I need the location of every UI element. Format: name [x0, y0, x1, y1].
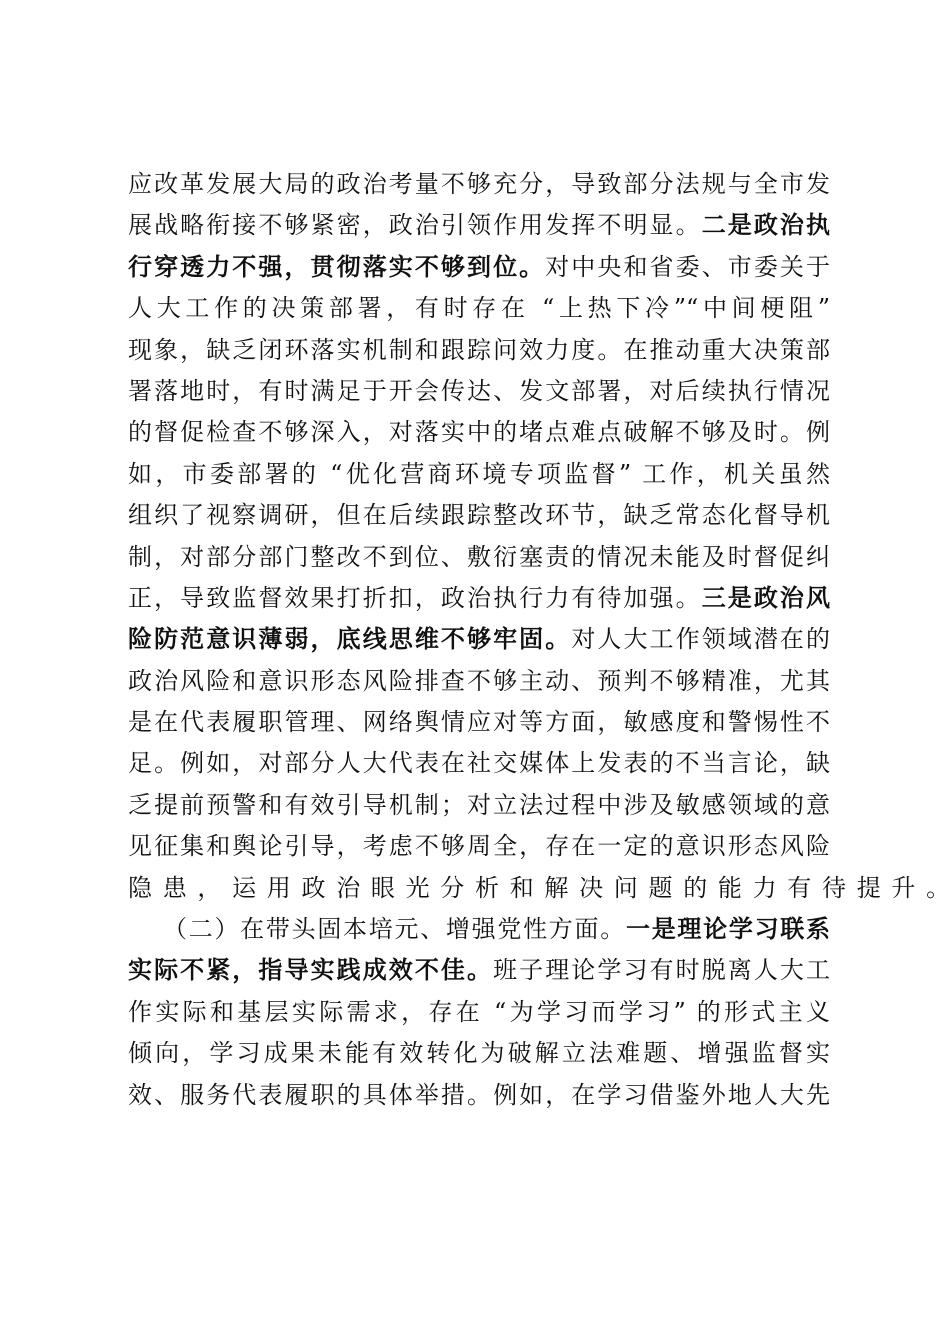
body-text: 展战略衔接不够紧密，政治引领作用发挥不明显。 — [128, 211, 702, 239]
body-text: 应改革发展大局的政治考量不够充分，导致部分法规与全市发 — [128, 170, 830, 198]
body-text: 组织了视察调研，但在后续跟踪整改环节，缺乏常态化督导机 — [128, 501, 830, 529]
text-line: 乏提前预警和有效引导机制；对立法过程中涉及敏感领域的意 — [128, 785, 830, 826]
text-line: 足。例如，对部分人大代表在社交媒体上发表的不当言论，缺 — [128, 743, 830, 784]
bold-heading-text: 险防范意识薄弱，底线思维不够牢固。 — [128, 625, 571, 653]
text-line: 行穿透力不强，贯彻落实不够到位。对中央和省委、市委关于 — [128, 247, 830, 288]
text-line: 效、服务代表履职的具体举措。例如，在学习借鉴外地人大先 — [128, 1075, 830, 1116]
body-text: 见征集和舆论引导，考虑不够周全，存在一定的意识形态风险 — [128, 832, 830, 860]
document-page: 应改革发展大局的政治考量不够充分，导致部分法规与全市发展战略衔接不够紧密，政治引… — [0, 0, 950, 1344]
body-text: 署落地时，有时满足于开会传达、发文部署，对后续执行情况 — [128, 377, 830, 405]
body-text: 班子理论学习有时脱离人大工 — [493, 956, 830, 984]
text-line: 险防范意识薄弱，底线思维不够牢固。对人大工作领域潜在的 — [128, 619, 830, 660]
body-text: 现象，缺乏闭环落实机制和跟踪问效力度。在推动重大决策部 — [128, 336, 830, 364]
body-text: 隐患，运用政治眼光分析和解决问题的能力有待提升。 — [128, 874, 950, 902]
text-line: 作实际和基层实际需求，存在 “为学习而学习” 的形式主义 — [128, 992, 830, 1033]
body-text: 乏提前预警和有效引导机制；对立法过程中涉及敏感领域的意 — [128, 791, 830, 819]
bold-heading-text: 实际不紧，指导实践成效不佳。 — [128, 956, 493, 984]
text-line: 倾向，学习成果未能有效转化为破解立法难题、增强监督实 — [128, 1033, 830, 1074]
body-text: 是在代表履职管理、网络舆情应对等方面，敏感度和警惕性不 — [128, 708, 830, 736]
text-line: 的督促检查不够深入，对落实中的堵点难点破解不够及时。例 — [128, 412, 830, 453]
body-text: （二）在带头固本培元、增强党性方面。 — [163, 915, 626, 943]
text-line: 现象，缺乏闭环落实机制和跟踪问效力度。在推动重大决策部 — [128, 330, 830, 371]
text-line: 政治风险和意识形态风险排查不够主动、预判不够精准，尤其 — [128, 661, 830, 702]
document-body: 应改革发展大局的政治考量不够充分，导致部分法规与全市发展战略衔接不够紧密，政治引… — [128, 164, 848, 1116]
text-line: 组织了视察调研，但在后续跟踪整改环节，缺乏常态化督导机 — [128, 495, 830, 536]
paragraph: 应改革发展大局的政治考量不够充分，导致部分法规与全市发展战略衔接不够紧密，政治引… — [128, 164, 848, 909]
body-text: 政治风险和意识形态风险排查不够主动、预判不够精准，尤其 — [128, 667, 830, 695]
bold-heading-text: 一是理论学习联系 — [626, 915, 830, 943]
paragraph: （二）在带头固本培元、增强党性方面。一是理论学习联系实际不紧，指导实践成效不佳。… — [128, 909, 848, 1116]
body-text: 对中央和省委、市委关于 — [545, 253, 830, 281]
text-line: 署落地时，有时满足于开会传达、发文部署，对后续执行情况 — [128, 371, 830, 412]
text-line: （二）在带头固本培元、增强党性方面。一是理论学习联系 — [128, 909, 830, 950]
text-line: 如，市委部署的 “优化营商环境专项监督” 工作，机关虽然 — [128, 454, 830, 495]
body-text: 正，导致监督效果打折扣，政治执行力有待加强。 — [128, 584, 702, 612]
bold-heading-text: 二是政治执 — [702, 211, 830, 239]
text-line: 正，导致监督效果打折扣，政治执行力有待加强。三是政治风 — [128, 578, 830, 619]
body-text: 足。例如，对部分人大代表在社交媒体上发表的不当言论，缺 — [128, 749, 830, 777]
text-line: 应改革发展大局的政治考量不够充分，导致部分法规与全市发 — [128, 164, 830, 205]
body-text: 的督促检查不够深入，对落实中的堵点难点破解不够及时。例 — [128, 418, 830, 446]
text-line: 是在代表履职管理、网络舆情应对等方面，敏感度和警惕性不 — [128, 702, 830, 743]
body-text: 如，市委部署的 “优化营商环境专项监督” 工作，机关虽然 — [128, 460, 830, 488]
body-text: 倾向，学习成果未能有效转化为破解立法难题、增强监督实 — [128, 1039, 830, 1067]
body-text: 对人大工作领域潜在的 — [571, 625, 830, 653]
text-line: 见征集和舆论引导，考虑不够周全，存在一定的意识形态风险 — [128, 826, 830, 867]
body-text: 制，对部分部门整改不到位、敷衍塞责的情况未能及时督促纠 — [128, 543, 830, 571]
body-text: 人大工作的决策部署，有时存在 “上热下冷”“中间梗阻” — [128, 294, 830, 322]
text-line: 实际不紧，指导实践成效不佳。班子理论学习有时脱离人大工 — [128, 950, 830, 991]
bold-heading-text: 行穿透力不强，贯彻落实不够到位。 — [128, 253, 545, 281]
text-line: 人大工作的决策部署，有时存在 “上热下冷”“中间梗阻” — [128, 288, 830, 329]
text-line: 制，对部分部门整改不到位、敷衍塞责的情况未能及时督促纠 — [128, 537, 830, 578]
text-line: 展战略衔接不够紧密，政治引领作用发挥不明显。二是政治执 — [128, 205, 830, 246]
text-line: 隐患，运用政治眼光分析和解决问题的能力有待提升。 — [128, 868, 830, 909]
body-text: 作实际和基层实际需求，存在 “为学习而学习” 的形式主义 — [128, 998, 830, 1026]
bold-heading-text: 三是政治风 — [702, 584, 830, 612]
body-text: 效、服务代表履职的具体举措。例如，在学习借鉴外地人大先 — [128, 1081, 830, 1109]
